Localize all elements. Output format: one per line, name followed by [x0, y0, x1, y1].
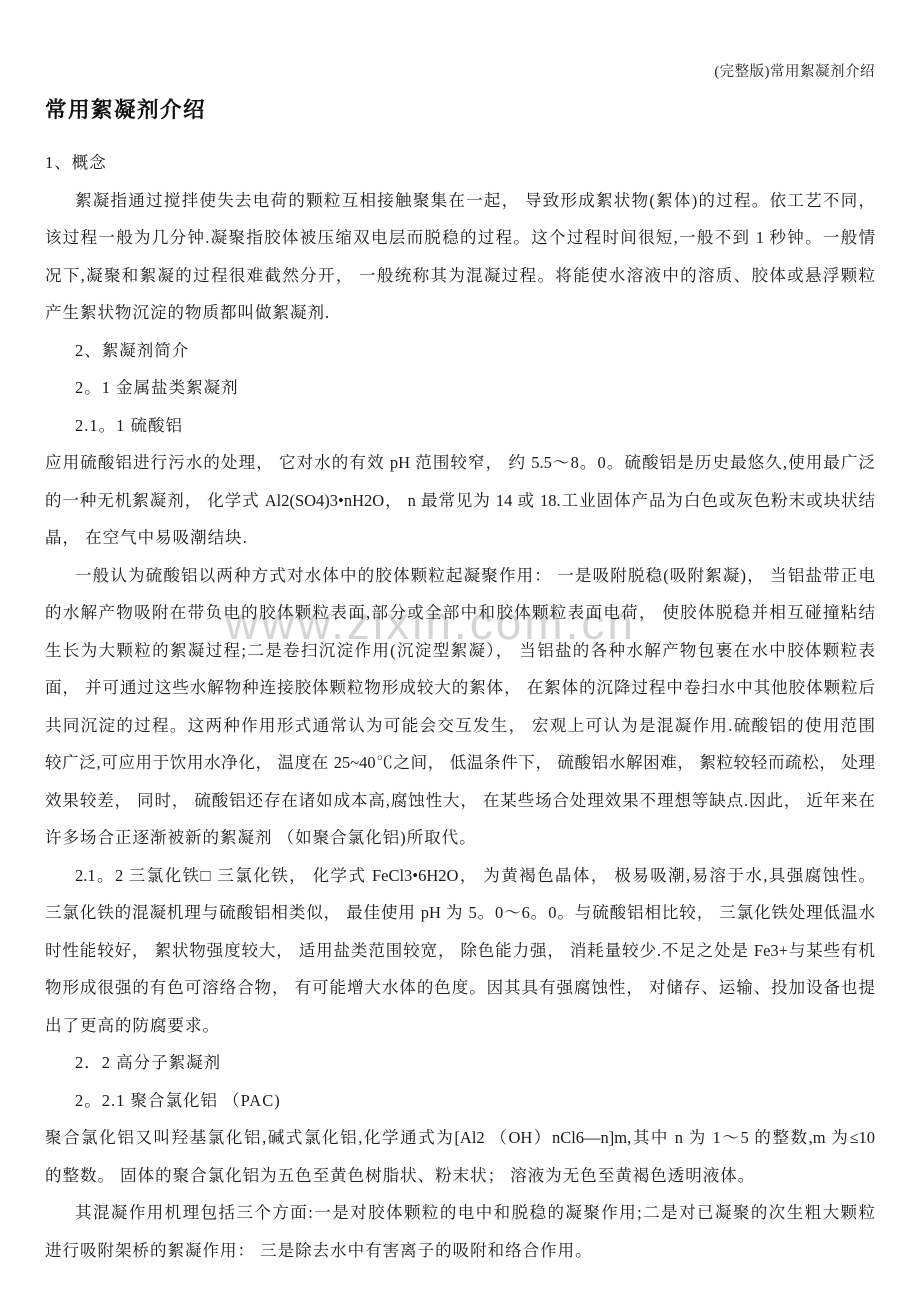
- text-line: 较广泛,可应用于饮用水净化， 温度在 25~40℃之间， 低温条件下， 硫酸铝水…: [45, 744, 875, 782]
- text-line: 的一种无机絮凝剂， 化学式 Al2(SO4)3•nH2O， n 最常见为 14 …: [45, 482, 875, 520]
- document-page: (完整版)常用絮凝剂介绍 常用絮凝剂介绍 www.zixin.com.cn 1、…: [0, 0, 920, 1302]
- text-line: 其混凝作用机理包括三个方面:一是对胶体颗粒的电中和脱稳的凝聚作用;二是对已凝聚的…: [45, 1194, 875, 1232]
- text-line: 三氯化铁的混凝机理与硫酸铝相类似， 最佳使用 pH 为 5。0～6。0。与硫酸铝…: [45, 894, 875, 932]
- text-line: 生长为大颗粒的絮凝过程;二是卷扫沉淀作用(沉淀型絮凝）， 当铝盐的各种水解产物包…: [45, 632, 875, 670]
- document-body: 1、概念絮凝指通过搅拌使失去电荷的颗粒互相接触聚集在一起， 导致形成絮状物(絮体…: [45, 144, 875, 1269]
- section-heading: 2。1 金属盐类絮凝剂: [45, 369, 875, 407]
- text-line: 面， 并可通过这些水解物种连接胶体颗粒物形成较大的絮体， 在絮体的沉降过程中卷扫…: [45, 669, 875, 707]
- section-heading: 2、絮凝剂简介: [45, 332, 875, 370]
- text-line: 出了更高的防腐要求。: [45, 1007, 875, 1045]
- text-line: 进行吸附架桥的絮凝作用： 三是除去水中有害离子的吸附和络合作用。: [45, 1232, 875, 1270]
- text-line: 的整数。 固体的聚合氯化铝为五色至黄色树脂状、粉末状； 溶液为无色至黄褐色透明液…: [45, 1157, 875, 1195]
- text-line: 产生絮状物沉淀的物质都叫做絮凝剂.: [45, 294, 875, 332]
- page-header-text: (完整版)常用絮凝剂介绍: [714, 60, 875, 81]
- text-line: 2.1。2 三氯化铁□ 三氯化铁， 化学式 FeCl3•6H2O， 为黄褐色晶体…: [45, 857, 875, 895]
- text-line: 聚合氯化铝又叫羟基氯化铝,碱式氯化铝,化学通式为[Al2 （OH）nCl6—n]…: [45, 1119, 875, 1157]
- text-line: 的水解产物吸附在带负电的胶体颗粒表面,部分或全部中和胶体颗粒表面电荷， 使胶体脱…: [45, 594, 875, 632]
- text-line: 物形成很强的有色可溶络合物， 有可能增大水体的色度。因其具有强腐蚀性， 对储存、…: [45, 969, 875, 1007]
- section-heading: 2。2.1 聚合氯化铝 （PAC): [45, 1082, 875, 1120]
- section-heading: 2.1。1 硫酸铝: [45, 407, 875, 445]
- text-line: 晶， 在空气中易吸潮结块.: [45, 519, 875, 557]
- text-line: 许多场合正逐渐被新的絮凝剂 （如聚合氯化铝)所取代。: [45, 819, 875, 857]
- text-line: 应用硫酸铝进行污水的处理， 它对水的有效 pH 范围较窄， 约 5.5～8。0。…: [45, 444, 875, 482]
- text-line: 效果较差， 同时， 硫酸铝还存在诸如成本高,腐蚀性大， 在某些场合处理效果不理想…: [45, 782, 875, 820]
- text-line: 絮凝指通过搅拌使失去电荷的颗粒互相接触聚集在一起， 导致形成絮状物(絮体)的过程…: [45, 182, 875, 220]
- section-heading: 2．2 高分子絮凝剂: [45, 1044, 875, 1082]
- text-line: 共同沉淀的过程。这两种作用形式通常认为可能会交互发生， 宏观上可认为是混凝作用.…: [45, 707, 875, 745]
- text-line: 况下,凝聚和絮凝的过程很难截然分开， 一般统称其为混凝过程。将能使水溶液中的溶质…: [45, 257, 875, 295]
- section-heading: 1、概念: [45, 144, 875, 182]
- page-title: 常用絮凝剂介绍: [45, 93, 206, 124]
- text-line: 时性能较好， 絮状物强度较大， 适用盐类范围较宽， 除色能力强， 消耗量较少.不…: [45, 932, 875, 970]
- text-line: 该过程一般为几分钟.凝聚指胶体被压缩双电层而脱稳的过程。这个过程时间很短,一般不…: [45, 219, 875, 257]
- text-line: 一般认为硫酸铝以两种方式对水体中的胶体颗粒起凝聚作用： 一是吸附脱稳(吸附絮凝)…: [45, 557, 875, 595]
